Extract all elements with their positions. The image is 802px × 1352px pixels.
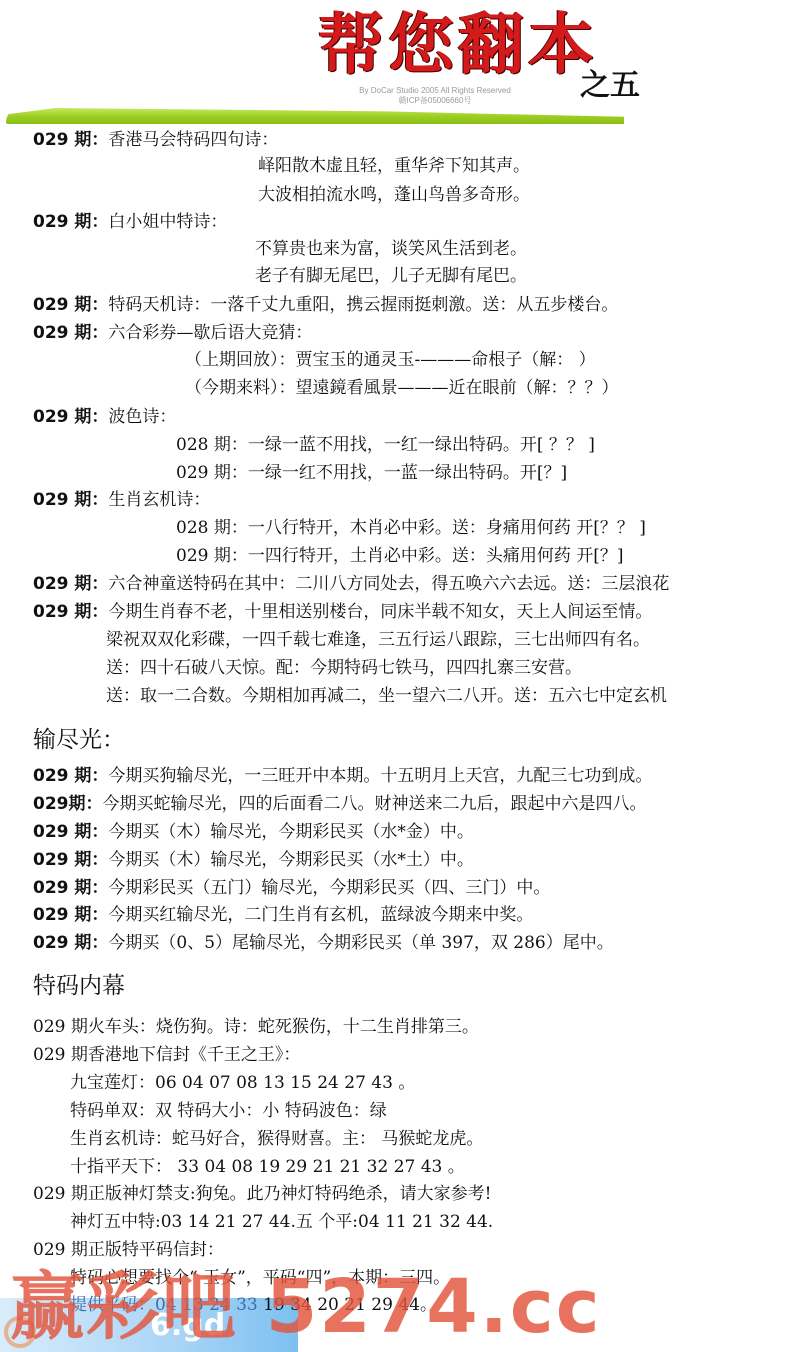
section1-line-13: 029 期：生肖玄机诗：: [33, 488, 210, 512]
section2-line-5: 029 期：今期买红输尽光，二门生肖有玄机，蓝绿波今期来中奖。: [33, 903, 533, 927]
section3-line-2: 九宝莲灯：06 04 07 08 13 15 24 27 43 。: [70, 1071, 415, 1095]
line-text: 今期买（木）输尽光，今期彩民买（水*土）中。: [108, 850, 474, 870]
line-text: 今期生肖春不老，十里相送别楼台，同床半载不知女，天上人间运至情。: [108, 602, 652, 622]
section1-line-4: 不算贵也来为富，谈笑风生活到老。: [255, 237, 527, 261]
line-text: 今期买（0、5）尾输尽光，今期彩民买（单 397，双 286）尾中。: [108, 933, 613, 953]
green-divider-bar: [6, 108, 624, 124]
section2-line-4: 029 期：今期彩民买（五门）输尽光，今期彩民买（四、三门）中。: [33, 876, 550, 900]
banner-title: 帮您翻本: [318, 6, 598, 82]
section3-line-1: 029 期香港地下信封《千王之王》：: [33, 1043, 300, 1067]
section1-line-20: 送：取一二合数。今期相加再减二，坐一望六二八开。送：五六七中定玄机: [106, 684, 667, 708]
issue-label: 029 期：: [33, 574, 108, 594]
section3-line-7: 神灯五中特:03 14 21 27 44.五 个平:04 11 21 32 44…: [70, 1210, 493, 1234]
section2-line-1: 029期：今期买蛇输尽光，四的后面看二八。财神送来二九后，跟起中六是四八。: [33, 792, 647, 816]
section2-heading: 输尽光：: [33, 725, 125, 755]
section1-line-5: 老子有脚无尾巴，儿子无脚有尾巴。: [255, 264, 527, 288]
issue-label: 029 期：: [33, 766, 108, 786]
issue-label: 029 期：: [33, 490, 108, 510]
issue-label: 029 期：: [33, 295, 108, 315]
section1-line-10: 029 期：波色诗：: [33, 405, 176, 429]
issue-label: 029 期：: [33, 212, 108, 232]
issue-label: 029 期：: [33, 905, 108, 925]
section1-line-1: 峄阳散木虚且轻，重华斧下知其声。: [258, 154, 530, 178]
section1-line-2: 大波相拍流水鸣，蓬山鸟兽多奇形。: [258, 183, 530, 207]
line-text: 香港马会特码四句诗：: [108, 130, 278, 150]
copyright-line-1: By DoCar Studio 2005 All Rights Reserved: [300, 86, 570, 96]
line-text: 今期买红输尽光，二门生肖有玄机，蓝绿波今期来中奖。: [108, 905, 533, 925]
section3-line-4: 生肖玄机诗：蛇马好合，猴得财喜。主： 马猴蛇龙虎。: [70, 1127, 483, 1151]
section1-line-8: （上期回放）：贾宝玉的通灵玉-———命根子（解： ）: [185, 348, 596, 372]
section3-line-0: 029 期火车头：烧伤狗。诗：蛇死猴伤，十二生肖排第三。: [33, 1015, 479, 1039]
issue-label: 029 期：: [33, 822, 108, 842]
section3-heading: 特码内幕: [33, 971, 125, 1001]
section2-line-2: 029 期：今期买（木）输尽光，今期彩民买（水*金）中。: [33, 820, 474, 844]
section3-line-5: 十指平天下： 33 04 08 19 29 21 21 32 27 43 。: [70, 1155, 465, 1179]
header-banner: 帮您翻本 之五 By DoCar Studio 2005 All Rights …: [0, 0, 802, 128]
banner-suffix: 之五: [580, 60, 640, 104]
issue-label: 029 期：: [33, 933, 108, 953]
section1-line-16: 029 期：六合神童送特码在其中：二川八方同处去，得五唤六六去远。送：三层浪花: [33, 572, 669, 596]
issue-label: 029 期：: [33, 602, 108, 622]
line-text: 六合彩券—歇后语大竞猜：: [108, 323, 312, 343]
line-text: 今期买（木）输尽光，今期彩民买（水*金）中。: [108, 822, 474, 842]
line-text: 特码天机诗：一落千丈九重阳，携云握雨挺刺激。送：从五步楼台。: [108, 295, 618, 315]
section3-line-6: 029 期正版神灯禁支:狗兔。此乃神灯特码绝杀，请大家参考!: [33, 1182, 491, 1206]
section1-line-0: 029 期：香港马会特码四句诗：: [33, 128, 278, 152]
section1-line-7: 029 期：六合彩券—歇后语大竞猜：: [33, 321, 312, 345]
section1-line-19: 送：四十石破八天惊。配：今期特码七铁马，四四扎寨三安营。: [106, 656, 582, 680]
section1-line-12: 029 期：一绿一红不用找，一蓝一绿出特码。开[？]: [176, 461, 567, 485]
line-text: 今期买狗输尽光，一三旺开中本期。十五明月上天宫，九配三七功到成。: [108, 766, 652, 786]
copyright-line-2: 赣ICP备05006660号: [300, 96, 570, 106]
watermark-text: 赢彩吧 5274.cc: [10, 1262, 602, 1352]
line-text: 波色诗：: [108, 407, 176, 427]
line-text: 生肖玄机诗：: [108, 490, 210, 510]
section1-line-17: 029 期：今期生肖春不老，十里相送别楼台，同床半载不知女，天上人间运至情。: [33, 600, 652, 624]
line-text: 六合神童送特码在其中：二川八方同处去，得五唤六六去远。送：三层浪花: [108, 574, 669, 594]
section3-line-3: 特码单双：双 特码大小：小 特码波色：绿: [70, 1099, 387, 1123]
section1-line-15: 029 期：一四行特开，土肖必中彩。送：头痛用何药 开[？]: [176, 544, 624, 568]
issue-label: 029 期：: [33, 850, 108, 870]
line-text: 今期买蛇输尽光，四的后面看二八。财神送来二九后，跟起中六是四八。: [103, 794, 647, 814]
section1-line-18: 梁祝双双化彩碟，一四千载七难逢，三五行运八跟踪，三七出师四有名。: [106, 628, 650, 652]
line-text: 白小姐中特诗：: [108, 212, 227, 232]
banner-copyright: By DoCar Studio 2005 All Rights Reserved…: [300, 86, 570, 106]
section2-line-0: 029 期：今期买狗输尽光，一三旺开中本期。十五明月上天宫，九配三七功到成。: [33, 764, 652, 788]
issue-label: 029 期：: [33, 130, 108, 150]
issue-label: 029期：: [33, 794, 103, 814]
section1-line-14: 028 期：一八行特开，木肖必中彩。送：身痛用何药 开[？？ ]: [176, 516, 646, 540]
issue-label: 029 期：: [33, 878, 108, 898]
section1-line-6: 029 期：特码天机诗：一落千丈九重阳，携云握雨挺刺激。送：从五步楼台。: [33, 293, 618, 317]
issue-label: 029 期：: [33, 323, 108, 343]
section3-line-8: 029 期正版特平码信封：: [33, 1238, 224, 1262]
section1-line-3: 029 期：白小姐中特诗：: [33, 210, 227, 234]
section1-line-9: （今期来料）：望遠鏡看風景———近在眼前（解：？？）: [185, 376, 619, 400]
issue-label: 029 期：: [33, 407, 108, 427]
section2-line-3: 029 期：今期买（木）输尽光，今期彩民买（水*土）中。: [33, 848, 474, 872]
line-text: 今期彩民买（五门）输尽光，今期彩民买（四、三门）中。: [108, 878, 550, 898]
section1-line-11: 028 期：一绿一蓝不用找，一红一绿出特码。开[ ？？ ]: [176, 433, 595, 457]
section2-line-6: 029 期：今期买（0、5）尾输尽光，今期彩民买（单 397，双 286）尾中。: [33, 931, 614, 955]
